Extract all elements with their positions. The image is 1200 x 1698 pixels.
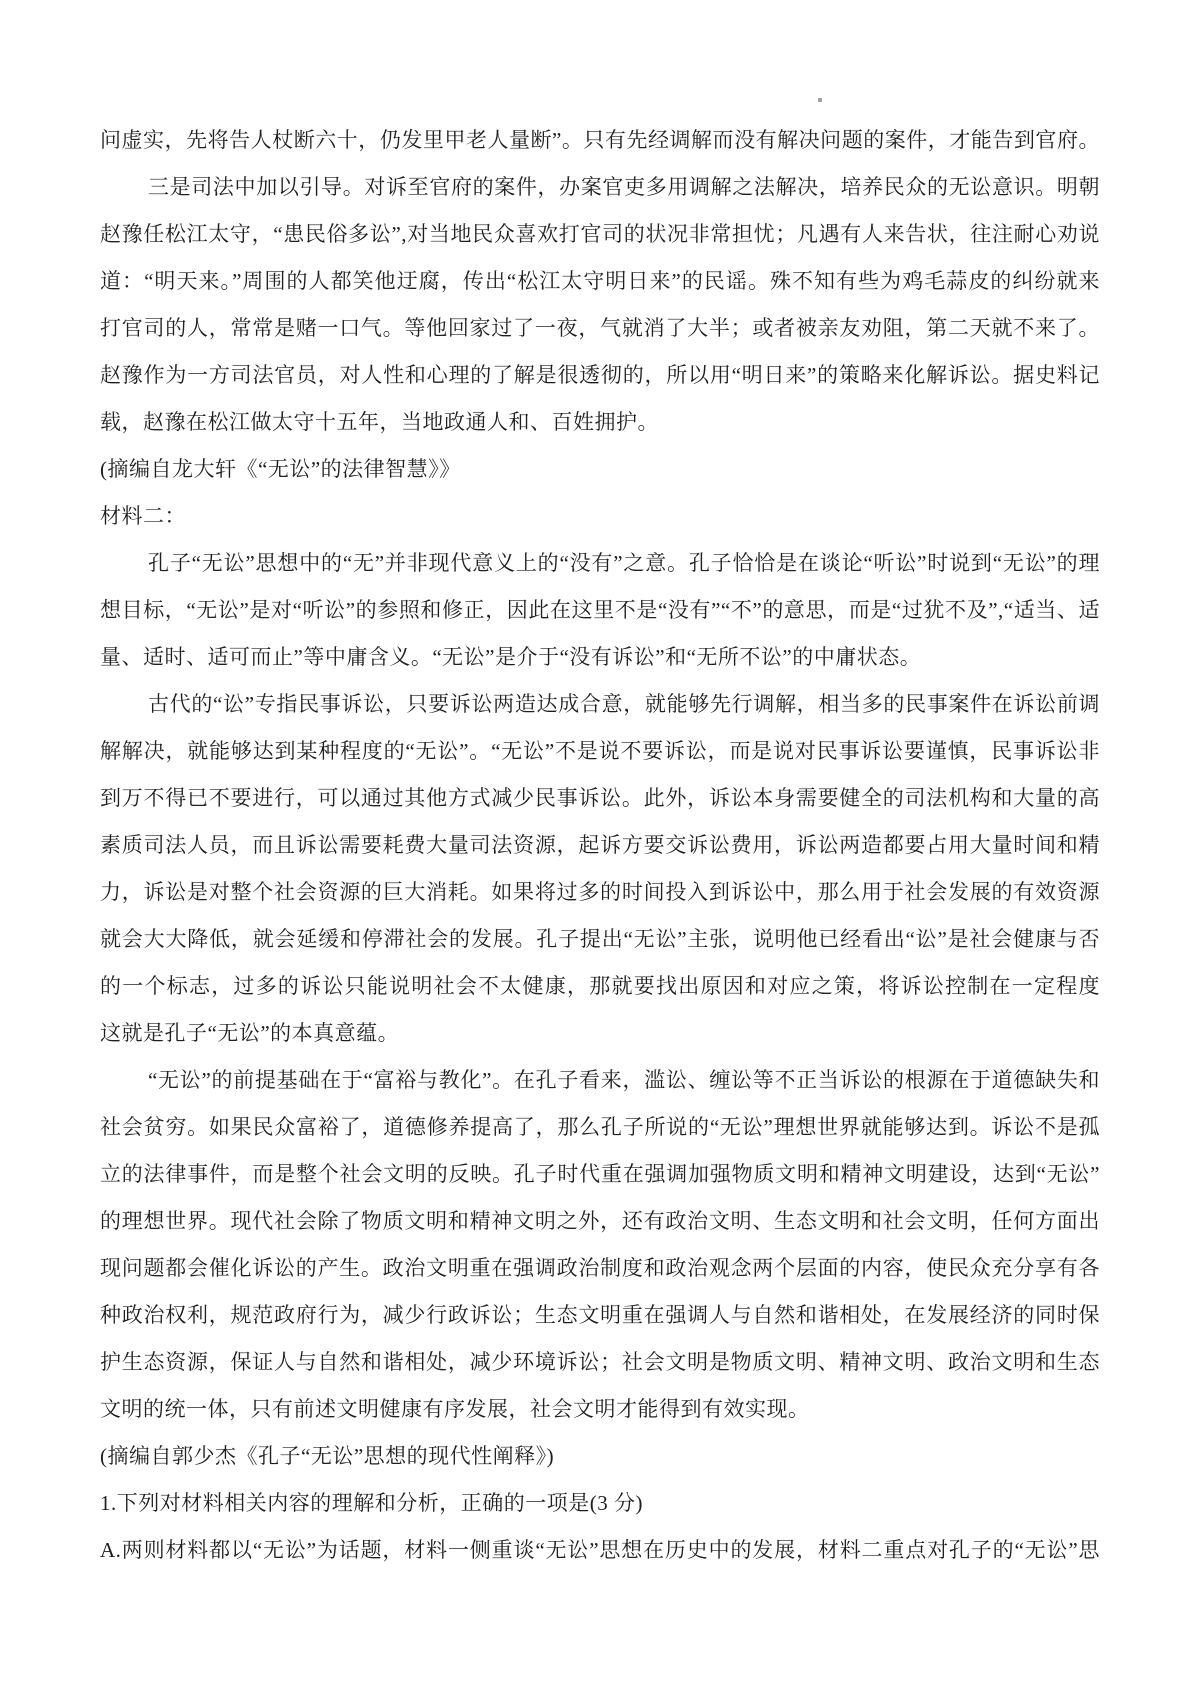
text-line: 现问题都会催化诉讼的产生。政治文明重在强调政治制度和政治观念两个层面的内容，使民… (100, 1245, 1100, 1292)
text-line: 素质司法人员，而且诉讼需要耗费大量司法资源，起诉方要交诉讼费用，诉讼两造都要占用… (100, 822, 1100, 869)
text-line: 三是司法中加以引导。对诉至官府的案件，办案官吏多用调解之法解决，培养民众的无讼意… (100, 164, 1100, 211)
text-line: (摘编自龙大轩《“无讼”的法律智慧》》 (100, 446, 1100, 493)
text-line: 解解决，就能够达到某种程度的“无讼”。“无讼”不是说不要诉讼，而是说对民事诉讼要… (100, 728, 1100, 775)
text-line: “无讼”的前提基础在于“富裕与教化”。在孔子看来，滥讼、缠讼等不正当诉讼的根源在… (100, 1057, 1100, 1104)
text-line: A.两则材料都以“无讼”为话题，材料一侧重谈“无讼”思想在历史中的发展，材料二重… (100, 1527, 1100, 1574)
text-line: 赵豫作为一方司法官员，对人性和心理的了解是很透彻的，所以用“明日来”的策略来化解… (100, 352, 1100, 399)
text-line: 1.下列对材料相关内容的理解和分析，正确的一项是(3 分) (100, 1480, 1100, 1527)
text-line: 力，诉讼是对整个社会资源的巨大消耗。如果将过多的时间投入到诉讼中，那么用于社会发… (100, 869, 1100, 916)
text-line: 赵豫任松江太守，“患民俗多讼”,对当地民众喜欢打官司的状况非常担忧；凡遇有人来告… (100, 211, 1100, 258)
text-line: 护生态资源，保证人与自然和谐相处，减少环境诉讼；社会文明是物质文明、精神文明、政… (100, 1339, 1100, 1386)
text-line: 就会大大降低，就会延缓和停滞社会的发展。孔子提出“无讼”主张，说明他已经看出“讼… (100, 916, 1100, 963)
text-line: 量、适时、适可而止”等中庸含义。“无讼”是介于“没有诉讼”和“无所不讼”的中庸状… (100, 634, 1100, 681)
text-line: 的理想世界。现代社会除了物质文明和精神文明之外，还有政治文明、生态文明和社会文明… (100, 1198, 1100, 1245)
text-line: 问虚实，先将告人杖断六十，仍发里甲老人量断”。只有先经调解而没有解决问题的案件，… (100, 117, 1100, 164)
text-line: 的一个标志，过多的诉讼只能说明社会不太健康，那就要找出原因和对应之策，将诉讼控制… (100, 963, 1100, 1010)
text-line: 孔子“无讼”思想中的“无”并非现代意义上的“没有”之意。孔子恰恰是在谈论“听讼”… (100, 540, 1100, 587)
text-line: 载，赵豫在松江做太守十五年，当地政通人和、百姓拥护。 (100, 399, 1100, 446)
document-page: 问虚实，先将告人杖断六十，仍发里甲老人量断”。只有先经调解而没有解决问题的案件，… (0, 0, 1200, 1698)
text-line: 打官司的人，常常是赌一口气。等他回家过了一夜，气就消了大半；或者被亲友劝阻，第二… (100, 305, 1100, 352)
text-line: 这就是孔子“无讼”的本真意蕴。 (100, 1010, 1100, 1057)
text-line: 到万不得已不要进行，可以通过其他方式减少民事诉讼。此外，诉讼本身需要健全的司法机… (100, 775, 1100, 822)
text-line: 想目标，“无讼”是对“听讼”的参照和修正，因此在这里不是“没有”“不”的意思，而… (100, 587, 1100, 634)
text-line: 材料二： (100, 493, 1100, 540)
text-line: 立的法律事件，而是整个社会文明的反映。孔子时代重在强调加强物质文明和精神文明建设… (100, 1151, 1100, 1198)
ink-speck-artifact (818, 98, 822, 102)
text-line: 种政治权利，规范政府行为，减少行政诉讼；生态文明重在强调人与自然和谐相处，在发展… (100, 1292, 1100, 1339)
text-line: 社会贫穷。如果民众富裕了，道德修养提高了，那么孔子所说的“无讼”理想世界就能够达… (100, 1104, 1100, 1151)
text-line: 道：“明天来。”周围的人都笑他迂腐，传出“松江太守明日来”的民谣。殊不知有些为鸡… (100, 258, 1100, 305)
text-line: 文明的统一体，只有前述文明健康有序发展，社会文明才能得到有效实现。 (100, 1386, 1100, 1433)
text-line: 古代的“讼”专指民事诉讼，只要诉讼两造达成合意，就能够先行调解，相当多的民事案件… (100, 681, 1100, 728)
passage-text-block: 问虚实，先将告人杖断六十，仍发里甲老人量断”。只有先经调解而没有解决问题的案件，… (100, 117, 1100, 1574)
text-line: (摘编自郭少杰《孔子“无讼”思想的现代性阐释》) (100, 1433, 1100, 1480)
